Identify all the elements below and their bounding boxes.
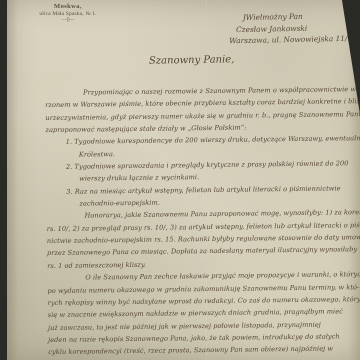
letter-paper: Moskwa, ulica Mała Spaska, № 1. —⟨⟩— JWi… [7,0,360,360]
recipient-block: JWielmożny Pan Czesław Jankowski Warszaw… [229,10,355,47]
recipient-address: Warszawa, ul. Nowowiejska 11/1. [229,33,354,47]
scanned-letter: Moskwa, ulica Mała Spaska, № 1. —⟨⟩— JWi… [0,0,360,360]
letterhead-ornament: —⟨⟩— [22,18,114,24]
handwritten-line: cyklu korespondencyi (treść, rzecz prost… [48,343,350,359]
letterhead: Moskwa, ulica Mała Spaska, № 1. —⟨⟩— [22,3,114,24]
letter-body: Przypominając o naszej rozmowie z Szanow… [45,83,350,358]
salutation: Szanowny Panie, [149,54,235,66]
letterhead-address: ulica Mała Spaska, № 1. [22,11,114,18]
letterhead-city: Moskwa, [22,3,114,11]
